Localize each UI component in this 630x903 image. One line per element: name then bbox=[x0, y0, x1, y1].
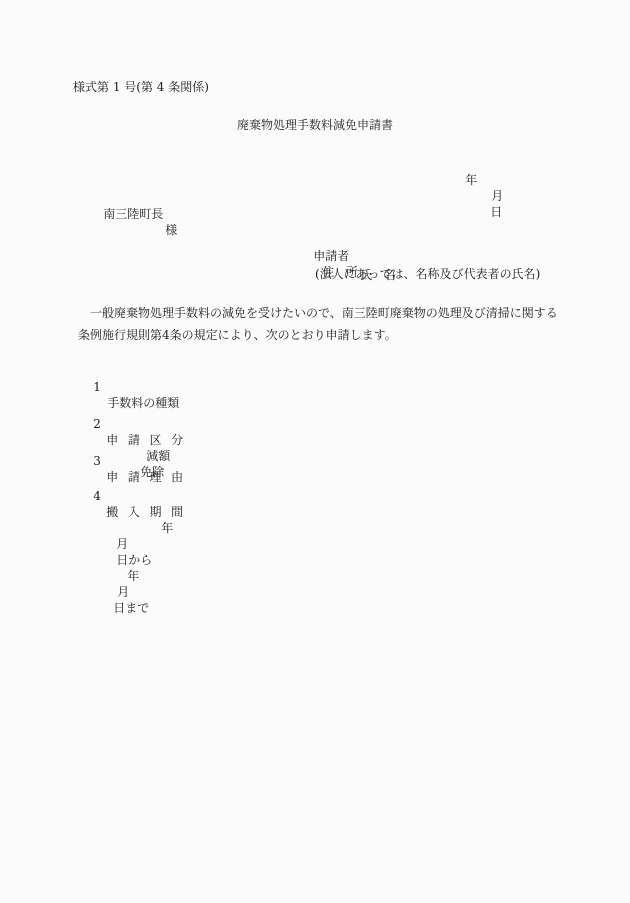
item-number: 1 bbox=[93, 380, 101, 394]
period-from-month-label: 月 bbox=[116, 537, 128, 551]
recipient-line: 南三陸町長 様 bbox=[88, 190, 177, 254]
date-month-label: 月 bbox=[491, 189, 503, 203]
date-year-label: 年 bbox=[465, 173, 477, 187]
period-from-year-label: 年 bbox=[161, 521, 173, 535]
body-line-1: 一般廃棄物処理手数料の減免を受けたいので、南三陸町廃棄物の処理及び清掃に関する bbox=[78, 305, 558, 321]
item-label: 搬 入 期 間 bbox=[106, 505, 183, 519]
body-line-2: 条例施行規則第4条の規定により、次のとおり申請します。 bbox=[78, 327, 397, 343]
honorific-label: 様 bbox=[165, 223, 177, 237]
document-page: 様式第 1 号(第 4 条関係) 廃棄物処理手数料減免申請書 年 月 日 南三陸… bbox=[0, 0, 630, 903]
form-number: 様式第 1 号(第 4 条関係) bbox=[73, 79, 209, 95]
item-number: 4 bbox=[93, 489, 101, 503]
applicant-prefix: 申請者 bbox=[313, 249, 349, 263]
item-number: 3 bbox=[93, 454, 101, 468]
period-from-day-label: 日から bbox=[116, 553, 152, 567]
period-to-year-label: 年 bbox=[127, 569, 139, 583]
date-line: 年 月 日 bbox=[450, 156, 503, 236]
item-row-carry-in-period: 4 搬 入 期 間 年 月 日から 年 月 日まで bbox=[78, 472, 183, 632]
period-to-month-label: 月 bbox=[117, 585, 129, 599]
item-number: 2 bbox=[93, 417, 101, 431]
period-to-day-label: 日まで bbox=[113, 601, 149, 615]
page-title: 廃棄物処理手数料減免申請書 bbox=[0, 117, 630, 133]
date-day-label: 日 bbox=[490, 205, 502, 219]
recipient-name: 南三陸町長 bbox=[103, 207, 163, 221]
corporate-note: (法人にあっては、名称及び代表者の氏名) bbox=[315, 266, 540, 282]
